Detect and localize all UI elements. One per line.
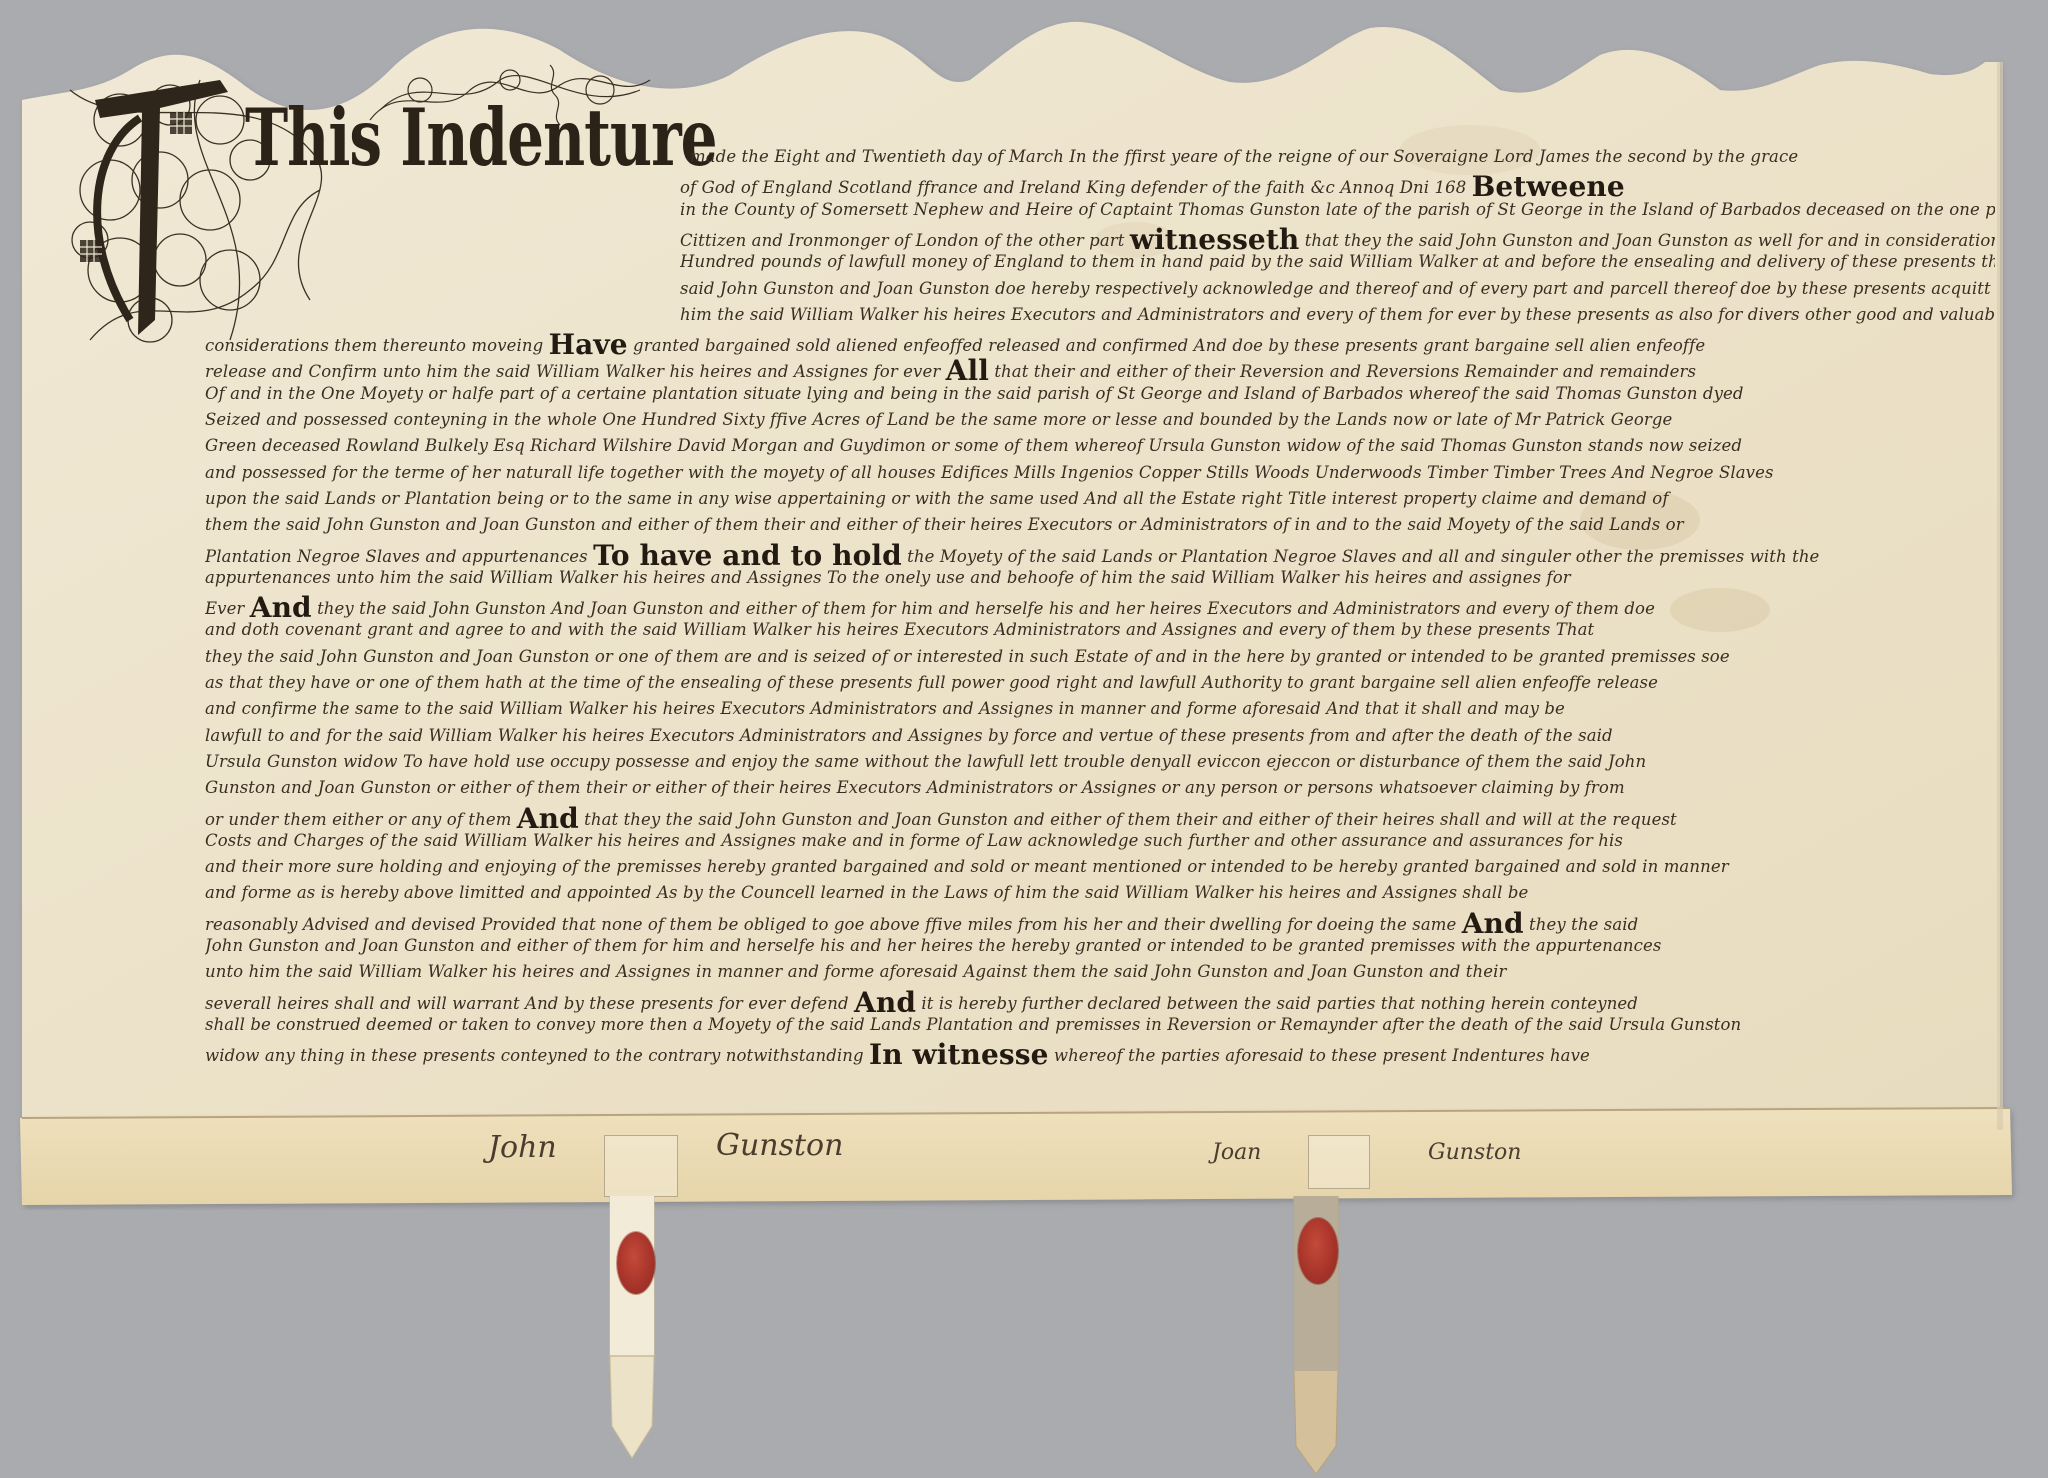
indenture-line: as that they have or one of them hath at… — [205, 673, 1995, 692]
line-text: considerations them thereunto moveing — [205, 336, 549, 355]
keyword-heading: Betweene — [1472, 173, 1625, 201]
keyword-heading: In witnesse — [869, 1041, 1049, 1069]
line-text: Hundred pounds of lawfull money of Engla… — [680, 252, 1995, 271]
line-text: Plantation Negroe Slaves and appurtenanc… — [205, 547, 593, 566]
line-text: said John Gunston and Joan Gunston doe h… — [680, 279, 1995, 298]
keyword-heading: And — [250, 594, 312, 622]
line-text: and possessed for the terme of her natur… — [205, 463, 1774, 482]
line-text: release and Confirm unto him the said Wi… — [205, 362, 946, 381]
line-text: Ursula Gunston widow To have hold use oc… — [205, 752, 1646, 771]
indenture-line: unto him the said William Walker his hei… — [205, 962, 1995, 981]
line-text: made the Eight and Twentieth day of Marc… — [690, 147, 1798, 166]
line-text: whereof the parties aforesaid to these p… — [1049, 1046, 1590, 1065]
indenture-line: lawfull to and for the said William Walk… — [205, 726, 1995, 745]
keyword-heading: And — [854, 989, 916, 1017]
line-text: it is hereby further declared between th… — [916, 994, 1638, 1013]
line-text: Of and in the One Moyety or halfe part o… — [205, 384, 1744, 403]
indenture-line: Green deceased Rowland Bulkely Esq Richa… — [205, 436, 1995, 455]
indenture-line: appurtenances unto him the said William … — [205, 568, 1995, 587]
line-text: as that they have or one of them hath at… — [205, 673, 1658, 692]
line-text: they the said John Gunston and Joan Guns… — [205, 647, 1730, 666]
signature-joan: Joan — [1212, 1140, 1261, 1165]
seal-slot-1 — [604, 1135, 678, 1197]
line-text: shall be construed deemed or taken to co… — [205, 1015, 1741, 1034]
indenture-line: Cittizen and Ironmonger of London of the… — [680, 226, 1995, 254]
indenture-line: Seized and possessed conteyning in the w… — [205, 410, 1995, 429]
indenture-line: shall be construed deemed or taken to co… — [205, 1015, 1995, 1034]
indenture-line: Ursula Gunston widow To have hold use oc… — [205, 752, 1995, 771]
line-text: Ever — [205, 599, 250, 618]
line-text: them the said John Gunston and Joan Guns… — [205, 515, 1684, 534]
indenture-line: and doth covenant grant and agree to and… — [205, 620, 1995, 639]
indenture-line: and their more sure holding and enjoying… — [205, 857, 1995, 876]
line-text: Seized and possessed conteyning in the w… — [205, 410, 1672, 429]
indenture-line: reasonably Advised and devised Provided … — [205, 910, 1995, 938]
indenture-line: John Gunston and Joan Gunston and either… — [205, 936, 1995, 955]
indenture-line: severall heires shall and will warrant A… — [205, 989, 1995, 1017]
keyword-heading: Have — [549, 331, 628, 359]
indenture-line: made the Eight and Twentieth day of Marc… — [690, 147, 1995, 166]
line-text: lawfull to and for the said William Walk… — [205, 726, 1613, 745]
indenture-line: considerations them thereunto moveing Ha… — [205, 331, 1995, 359]
wax-seal-2 — [1298, 1218, 1338, 1284]
line-text: Costs and Charges of the said William Wa… — [205, 831, 1623, 850]
line-text: that they the said John Gunston and Joan… — [1299, 231, 1995, 250]
line-text: and their more sure holding and enjoying… — [205, 857, 1729, 876]
indenture-line: or under them either or any of them And … — [205, 805, 1995, 833]
indenture-line: of God of England Scotland ffrance and I… — [680, 173, 1995, 201]
seal-slot-2 — [1308, 1135, 1370, 1189]
line-text: Green deceased Rowland Bulkely Esq Richa… — [205, 436, 1742, 455]
line-text: that they the said John Gunston and Joan… — [579, 810, 1677, 829]
indenture-line: Gunston and Joan Gunston or either of th… — [205, 778, 1995, 797]
indenture-line: and possessed for the terme of her natur… — [205, 463, 1995, 482]
indenture-line: Ever And they the said John Gunston And … — [205, 594, 1995, 622]
keyword-heading: And — [1462, 910, 1524, 938]
line-text: or under them either or any of them — [205, 810, 517, 829]
line-text: unto him the said William Walker his hei… — [205, 962, 1506, 981]
indenture-line: and forme as is hereby above limitted an… — [205, 883, 1995, 902]
indenture-line: Of and in the One Moyety or halfe part o… — [205, 384, 1995, 403]
indenture-line: and confirme the same to the said Willia… — [205, 699, 1995, 718]
wax-seal-1 — [617, 1232, 655, 1294]
keyword-heading: To have and to hold — [593, 542, 902, 570]
indenture-line: Costs and Charges of the said William Wa… — [205, 831, 1995, 850]
line-text: granted bargained sold aliened enfeoffed… — [628, 336, 1706, 355]
document-stage: This Indenture made the Eight and Twenti… — [0, 0, 2048, 1478]
line-text: widow any thing in these presents contey… — [205, 1046, 869, 1065]
line-text: of God of England Scotland ffrance and I… — [680, 178, 1472, 197]
signature-john: John — [488, 1130, 557, 1165]
line-text: severall heires shall and will warrant A… — [205, 994, 854, 1013]
signature-gunston-1: Gunston — [716, 1128, 843, 1163]
keyword-heading: All — [946, 357, 989, 385]
line-text: and confirme the same to the said Willia… — [205, 699, 1565, 718]
indenture-line: them the said John Gunston and Joan Guns… — [205, 515, 1995, 534]
line-text: the Moyety of the said Lands or Plantati… — [902, 547, 1820, 566]
line-text: John Gunston and Joan Gunston and either… — [205, 936, 1661, 955]
line-text: Cittizen and Ironmonger of London of the… — [680, 231, 1130, 250]
line-text: him the said William Walker his heires E… — [680, 305, 1995, 324]
line-text: in the County of Somersett Nephew and He… — [680, 200, 1995, 219]
keyword-heading: witnesseth — [1130, 226, 1299, 254]
line-text: appurtenances unto him the said William … — [205, 568, 1571, 587]
indenture-line: Plantation Negroe Slaves and appurtenanc… — [205, 542, 1995, 570]
line-text: that their and either of their Reversion… — [989, 362, 1696, 381]
line-text: they the said John Gunston And Joan Guns… — [312, 599, 1655, 618]
indenture-line: upon the said Lands or Plantation being … — [205, 489, 1995, 508]
line-text: and forme as is hereby above limitted an… — [205, 883, 1528, 902]
line-text: Gunston and Joan Gunston or either of th… — [205, 778, 1625, 797]
indenture-line: in the County of Somersett Nephew and He… — [680, 200, 1995, 219]
indenture-line: him the said William Walker his heires E… — [680, 305, 1995, 324]
line-text: and doth covenant grant and agree to and… — [205, 620, 1594, 639]
line-text: reasonably Advised and devised Provided … — [205, 915, 1462, 934]
signature-gunston-2: Gunston — [1428, 1140, 1521, 1165]
indenture-heading: This Indenture — [245, 92, 717, 184]
line-text: upon the said Lands or Plantation being … — [205, 489, 1669, 508]
indenture-line: release and Confirm unto him the said Wi… — [205, 357, 1995, 385]
line-text: they the said — [1524, 915, 1639, 934]
keyword-heading: And — [517, 805, 579, 833]
indenture-line: Hundred pounds of lawfull money of Engla… — [680, 252, 1995, 271]
indenture-line: widow any thing in these presents contey… — [205, 1041, 1995, 1069]
indenture-line: said John Gunston and Joan Gunston doe h… — [680, 279, 1995, 298]
indenture-line: they the said John Gunston and Joan Guns… — [205, 647, 1995, 666]
